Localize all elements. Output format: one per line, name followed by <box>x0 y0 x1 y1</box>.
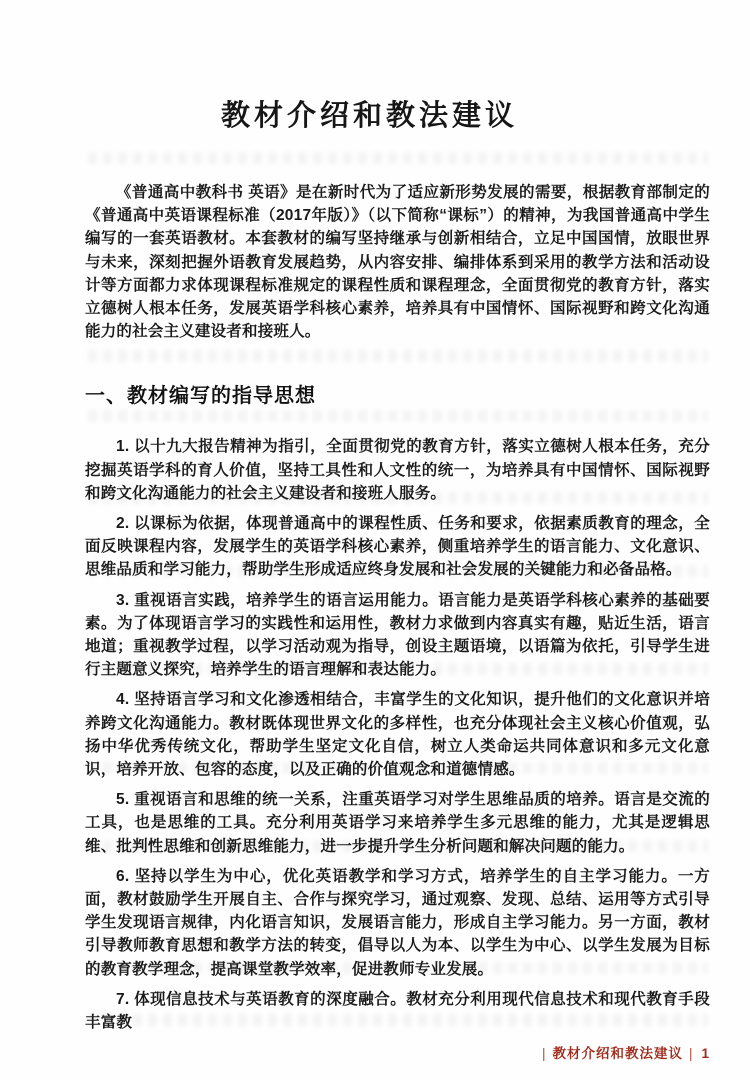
guideline-item-7-truncated: 7. 体现信息技术与英语教育的深度融合。教材充分利用现代信息技术和现代教育手段丰… <box>85 988 710 1034</box>
guideline-item-1: 1. 以十九大报告精神为指引，全面贯彻党的教育方针，落实立德树人根本任务，充分挖… <box>85 435 710 505</box>
guideline-item-6: 6. 坚持以学生为中心，优化英语教学和学习方式，培养学生的自主学习能力。一方面，… <box>85 865 710 981</box>
guideline-item-3: 3. 重视语言实践，培养学生的语言运用能力。语言能力是英语学科核心素养的基础要素… <box>85 589 710 682</box>
guideline-item-2: 2. 以课标为依据，体现普通高中的课程性质、任务和要求，依据素质教育的理念，全面… <box>85 512 710 582</box>
section-heading: 一、教材编写的指导思想 <box>85 379 710 408</box>
footer-separator-icon: | <box>683 1046 700 1061</box>
page-footer: |教材介绍和教法建议|1 <box>536 1042 710 1062</box>
guideline-item-4: 4. 坚持语言学习和文化渗透相结合，丰富学生的文化知识，提升他们的文化意识并培养… <box>85 688 710 781</box>
page-content: 教材介绍和教法建议 《普通高中教科书 英语》是在新时代为了适应新形势发展的需要，… <box>85 0 710 1041</box>
footer-page-number: 1 <box>699 1046 710 1061</box>
guideline-item-5: 5. 重视语言和思维的统一关系，注重英语学习对学生思维品质的培养。语言是交流的工… <box>85 788 710 858</box>
footer-chapter-title: 教材介绍和教法建议 <box>552 1046 683 1061</box>
footer-separator-icon: | <box>536 1046 553 1061</box>
intro-paragraph: 《普通高中教科书 英语》是在新时代为了适应新形势发展的需要，根据教育部制定的《普… <box>85 181 710 343</box>
page-title: 教材介绍和教法建议 <box>57 93 682 134</box>
scanned-book-page: 教材介绍和教法建议 《普通高中教科书 英语》是在新时代为了适应新形势发展的需要，… <box>0 0 750 1080</box>
